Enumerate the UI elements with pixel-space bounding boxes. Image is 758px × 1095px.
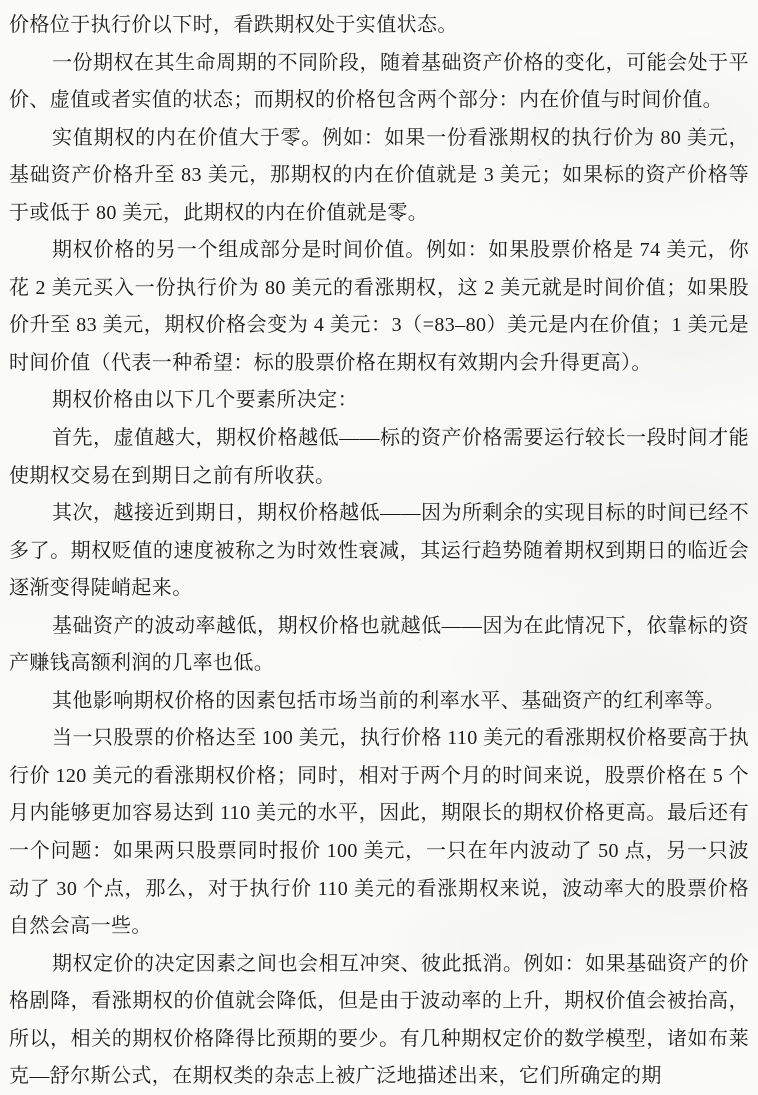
body-paragraph: 基础资产的波动率越低，期权价格也就越低——因为在此情况下，依靠标的资产赚钱高额利…: [9, 608, 749, 683]
body-paragraph: 其他影响期权价格的因素包括市场当前的利率水平、基础资产的红利率等。: [9, 683, 749, 721]
body-paragraph: 期权价格的另一个组成部分是时间价值。例如：如果股票价格是 74 美元，你花 2 …: [9, 232, 749, 382]
body-paragraph: 期权价格由以下几个要素所决定：: [9, 382, 749, 420]
body-text: 价格位于执行价以下时，看跌期权处于实值状态。 一份期权在其生命周期的不同阶段，随…: [9, 7, 749, 1095]
body-paragraph: 其次，越接近到期日，期权价格越低——因为所剩余的实现目标的时间已经不多了。期权贬…: [9, 495, 749, 608]
body-paragraph: 首先，虚值越大，期权价格越低——标的资产价格需要运行较长一段时间才能使期权交易在…: [9, 420, 749, 495]
body-paragraph: 当一只股票的价格达至 100 美元，执行价格 110 美元的看涨期权价格要高于执…: [9, 720, 749, 945]
body-paragraph: 实值期权的内在价值大于零。例如：如果一份看涨期权的执行价为 80 美元，基础资产…: [9, 120, 749, 233]
body-paragraph: 一份期权在其生命周期的不同阶段，随着基础资产价格的变化，可能会处于平价、虚值或者…: [9, 45, 749, 120]
body-paragraph: 期权定价的决定因素之间也会相互冲突、彼此抵消。例如：如果基础资产的价格剧降，看涨…: [9, 946, 749, 1095]
body-paragraph: 价格位于执行价以下时，看跌期权处于实值状态。: [9, 7, 749, 45]
document-page: 价格位于执行价以下时，看跌期权处于实值状态。 一份期权在其生命周期的不同阶段，随…: [0, 0, 758, 1095]
